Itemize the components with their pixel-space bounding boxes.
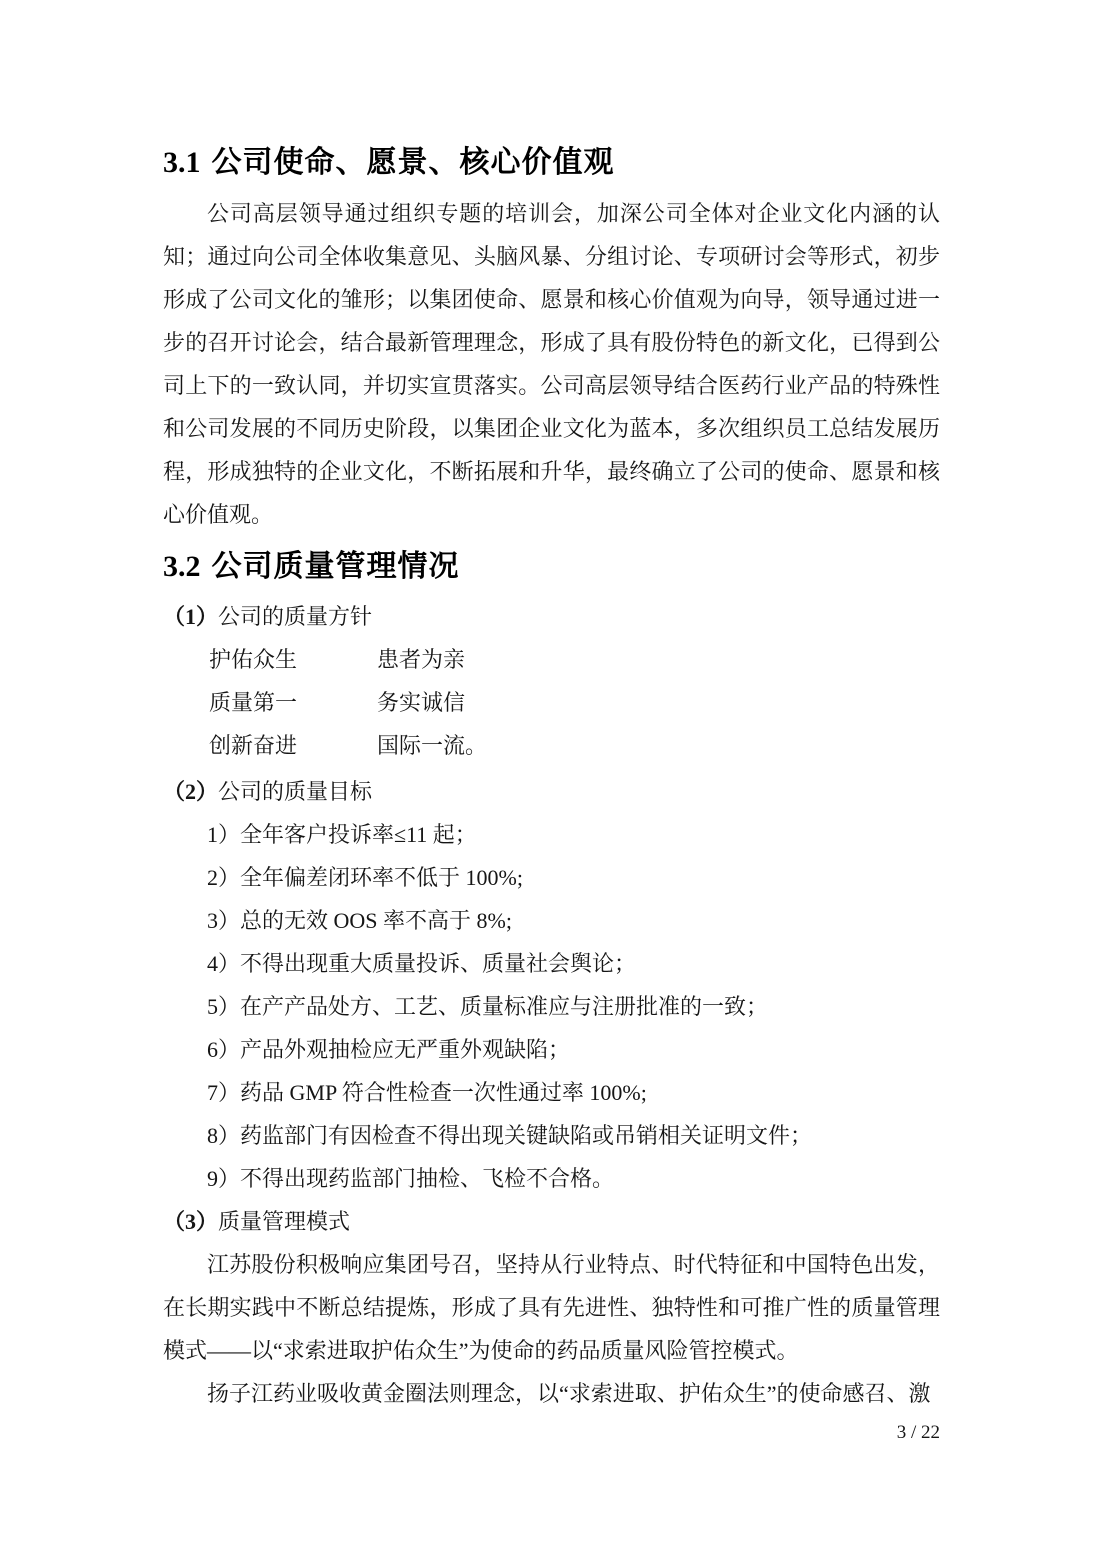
document-page: 3.1公司使命、愿景、核心价值观 公司高层领导通过组织专题的培训会，加深公司全体… (0, 0, 1102, 1559)
paragraph-3-3-a: 江苏股份积极响应集团号召，坚持从行业特点、时代特征和中国特色出发，在长期实践中不… (163, 1243, 940, 1372)
quality-goals-list: 1）全年客户投诉率≤11 起； 2）全年偏差闭环率不低于 100%; 3）总的无… (163, 813, 940, 1200)
goal-item: 1）全年客户投诉率≤11 起； (163, 813, 940, 856)
paragraph-3-1: 公司高层领导通过组织专题的培训会，加深公司全体对企业文化内涵的认知；通过向公司全… (163, 192, 940, 536)
section-heading-3-2: 3.2公司质量管理情况 (163, 548, 940, 586)
goal-item: 7）药品 GMP 符合性检查一次性通过率 100%; (163, 1071, 940, 1114)
section-title-3-2: 公司质量管理情况 (212, 550, 460, 583)
policy-row: 创新奋进 国际一流。 (163, 724, 940, 767)
policy-right-cell: 务实诚信 (377, 681, 465, 724)
subsection-number-3: （3） (163, 1209, 218, 1234)
subsection-label-1: （1）公司的质量方针 (163, 595, 940, 638)
goal-item: 2）全年偏差闭环率不低于 100%; (163, 856, 940, 899)
section-number-3-2: 3.2 (163, 550, 201, 583)
subsection-title-3: 质量管理模式 (218, 1209, 350, 1234)
goal-item: 6）产品外观抽检应无严重外观缺陷； (163, 1028, 940, 1071)
goal-item: 4）不得出现重大质量投诉、质量社会舆论； (163, 942, 940, 985)
paragraph-3-3-b: 扬子江药业吸收黄金圈法则理念，以“求索进取、护佑众生”的使命感召、激 (163, 1372, 940, 1415)
section-title-3-1: 公司使命、愿景、核心价值观 (212, 146, 615, 179)
goal-item: 8）药监部门有因检查不得出现关键缺陷或吊销相关证明文件； (163, 1114, 940, 1157)
policy-left-cell: 创新奋进 (209, 724, 377, 767)
goal-item: 3）总的无效 OOS 率不高于 8%; (163, 899, 940, 942)
subsection-label-2: （2）公司的质量目标 (163, 770, 940, 813)
policy-right-cell: 国际一流。 (377, 724, 487, 767)
section-heading-3-1: 3.1公司使命、愿景、核心价值观 (163, 144, 940, 182)
goal-item: 5）在产产品处方、工艺、质量标准应与注册批准的一致； (163, 985, 940, 1028)
policy-row: 护佑众生 患者为亲 (163, 638, 940, 681)
section-number-3-1: 3.1 (163, 146, 201, 179)
policy-left-cell: 质量第一 (209, 681, 377, 724)
page-number: 3 / 22 (897, 1421, 940, 1445)
policy-left-cell: 护佑众生 (209, 638, 377, 681)
policy-right-cell: 患者为亲 (377, 638, 465, 681)
goal-item: 9）不得出现药监部门抽检、飞检不合格。 (163, 1157, 940, 1200)
subsection-number-2: （2） (163, 779, 218, 804)
subsection-title-1: 公司的质量方针 (218, 604, 372, 629)
quality-policy-list: 护佑众生 患者为亲 质量第一 务实诚信 创新奋进 国际一流。 (163, 638, 940, 767)
policy-row: 质量第一 务实诚信 (163, 681, 940, 724)
subsection-title-2: 公司的质量目标 (218, 779, 372, 804)
subsection-label-3: （3）质量管理模式 (163, 1200, 940, 1243)
document-content: 3.1公司使命、愿景、核心价值观 公司高层领导通过组织专题的培训会，加深公司全体… (163, 0, 940, 1415)
subsection-number-1: （1） (163, 604, 218, 629)
